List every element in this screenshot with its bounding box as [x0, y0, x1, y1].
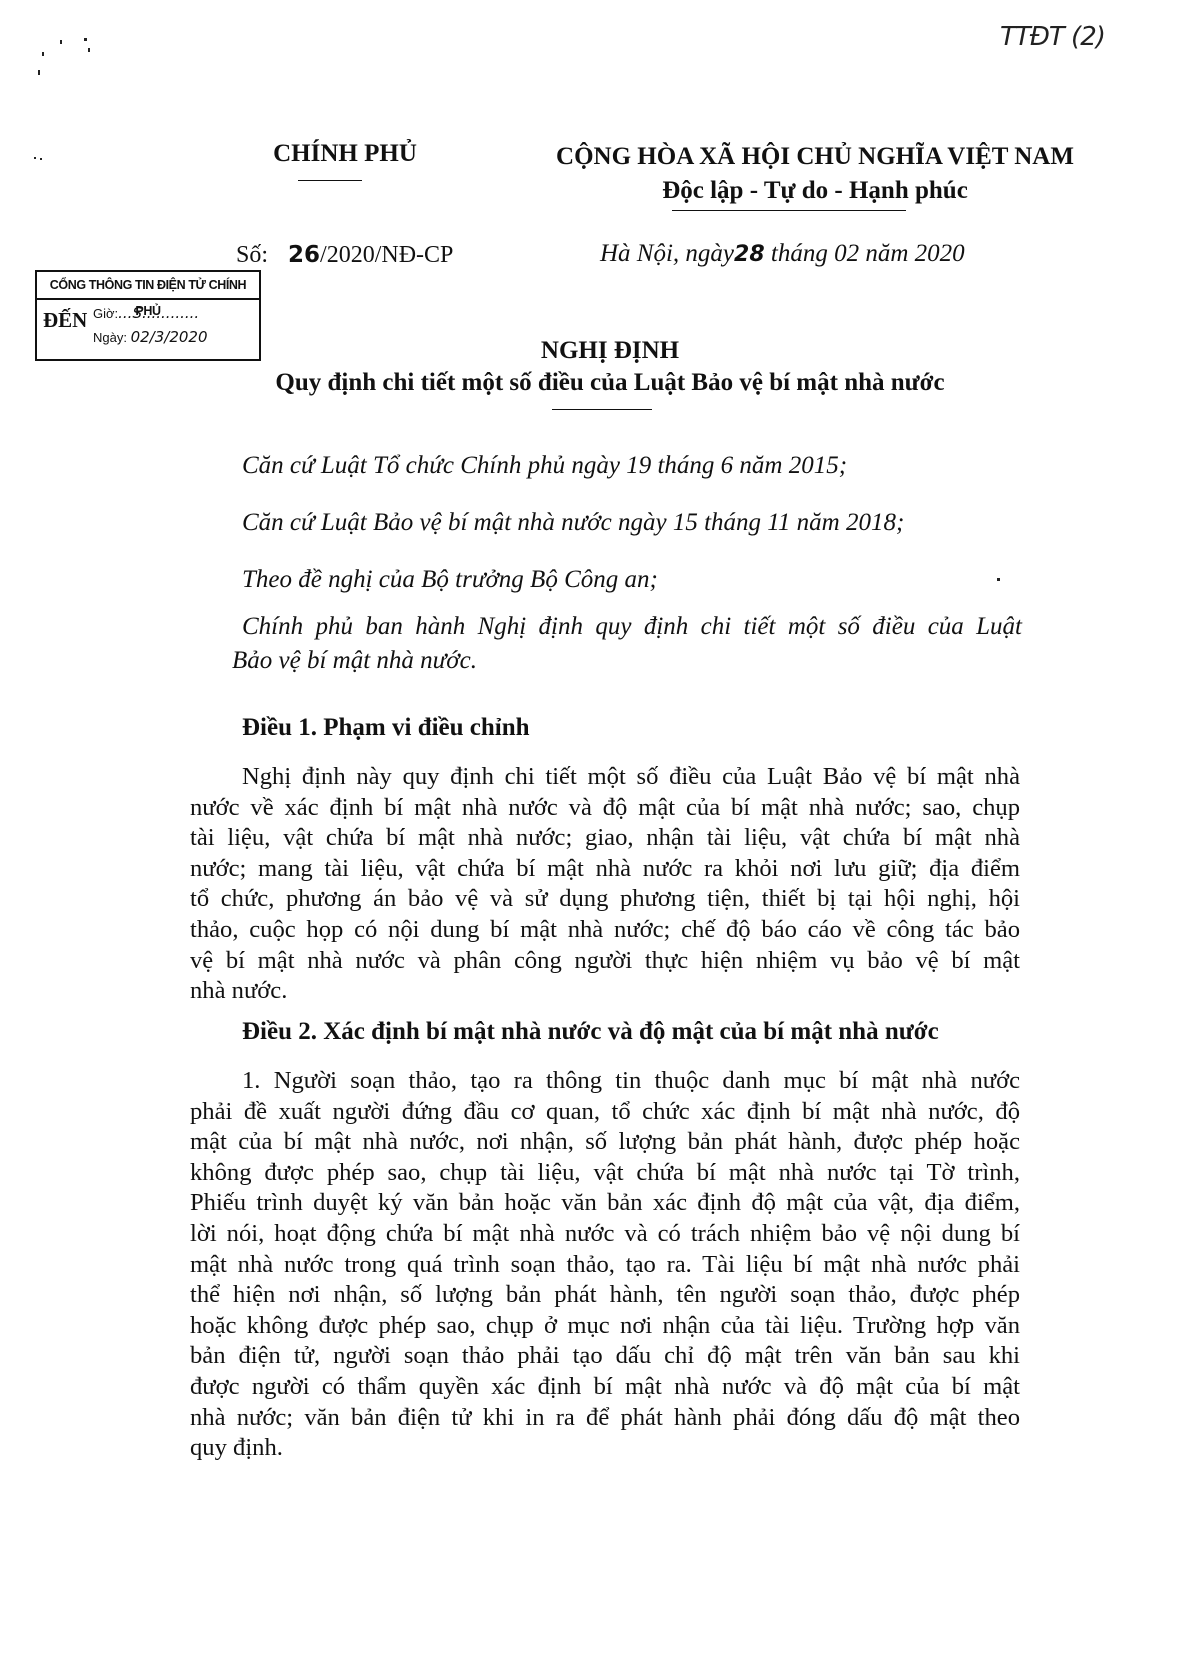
stamp-ngay-value: 02/3/2020	[131, 328, 208, 346]
number-value: 26	[288, 242, 320, 268]
article-2-line: mật nhà nước trong quá trình soạn thảo, …	[190, 1250, 1020, 1281]
issuer-name: CHÍNH PHỦ	[232, 140, 458, 168]
article-2-line: Phiếu trình duyệt ký văn bản hoặc văn bả…	[190, 1188, 1020, 1219]
enactment-clause: Chính phủ ban hành Nghị định quy định ch…	[242, 610, 1022, 678]
article-2-line: không được phép sao, chụp tài liệu, vật …	[190, 1158, 1020, 1189]
national-motto: Độc lập - Tự do - Hạnh phúc	[520, 174, 1110, 208]
preamble-3: Theo đề nghị của Bộ trưởng Bộ Công an;	[242, 566, 658, 594]
article-1-line: nhà nước.	[190, 976, 1020, 1007]
article-1-line: vệ bí mật nhà nước và phân công người th…	[190, 946, 1020, 977]
national-heading: CỘNG HÒA XÃ HỘI CHỦ NGHĨA VIỆT NAM Độc l…	[520, 140, 1110, 208]
scan-speck	[997, 578, 1000, 581]
stamp-ngay: Ngày: 02/3/2020	[93, 328, 208, 346]
article-2-line: hoặc không được phép sao, chụp ở mục nơi…	[190, 1311, 1020, 1342]
title-underline	[552, 409, 652, 410]
document-number: Số: 26/2020/NĐ-CP	[236, 242, 453, 269]
article-2-line: quy định.	[190, 1433, 1020, 1464]
article-2-line: nhà nước; văn bản điện tử khi in ra để p…	[190, 1403, 1020, 1434]
stamp-title: CỔNG THÔNG TIN ĐIỆN TỬ CHÍNH PHỦ	[37, 272, 259, 300]
article-2-line: mật của bí mật nhà nước, nơi nhận, số lư…	[190, 1127, 1020, 1158]
article-2-line: được người có thẩm quyền xác định bí mật…	[190, 1372, 1020, 1403]
article-2-line: lời nói, hoạt động chứa bí mật nhà nước …	[190, 1219, 1020, 1250]
handwritten-note: TTĐT (2)	[1000, 22, 1105, 52]
motto-underline	[672, 210, 906, 211]
stamp-gio: Giờ:...S............	[93, 304, 199, 322]
country-name: CỘNG HÒA XÃ HỘI CHỦ NGHĨA VIỆT NAM	[520, 140, 1110, 174]
scan-speck	[84, 38, 87, 41]
scan-speck	[34, 157, 36, 159]
scan-speck	[40, 158, 42, 160]
scan-speck	[88, 48, 90, 52]
number-label: Số:	[236, 242, 268, 268]
article-1-heading: Điều 1. Phạm vi điều chỉnh	[242, 714, 530, 742]
article-1-line: thảo, cuộc họp có nội dung bí mật nhà nư…	[190, 915, 1020, 946]
article-1-line: Nghị định này quy định chi tiết một số đ…	[190, 762, 1020, 793]
number-suffix: /2020/NĐ-CP	[320, 242, 453, 268]
issue-date: Hà Nội, ngày28 tháng 02 năm 2020	[600, 240, 965, 268]
enactment-line: Chính phủ ban hành Nghị định quy định ch…	[242, 610, 1022, 644]
document-subject: Quy định chi tiết một số điều của Luật B…	[250, 366, 970, 400]
scan-speck	[60, 40, 62, 44]
article-1-line: tài liệu, vật chứa bí mật nhà nước; giao…	[190, 823, 1020, 854]
stamp-den: ĐẾN	[43, 308, 87, 333]
scan-speck	[38, 70, 40, 75]
preamble-1: Căn cứ Luật Tổ chức Chính phủ ngày 19 th…	[242, 452, 847, 480]
article-1-body: Nghị định này quy định chi tiết một số đ…	[190, 762, 1020, 1007]
article-1-line: tổ chức, phương án bảo vệ và sử dụng phư…	[190, 884, 1020, 915]
stamp-ngay-label: Ngày:	[93, 330, 127, 345]
article-1-line: nước; mang tài liệu, vật chứa bí mật nhà…	[190, 854, 1020, 885]
received-stamp: CỔNG THÔNG TIN ĐIỆN TỬ CHÍNH PHỦ ĐẾN Giờ…	[35, 270, 261, 361]
article-2-heading: Điều 2. Xác định bí mật nhà nước và độ m…	[242, 1018, 939, 1046]
date-day: 28	[734, 242, 765, 267]
stamp-gio-label: Giờ:	[93, 306, 118, 321]
document-type: NGHỊ ĐỊNH	[250, 336, 970, 366]
article-2-line: phải đề xuất người đứng đầu cơ quan, tổ …	[190, 1097, 1020, 1128]
document-title: NGHỊ ĐỊNH Quy định chi tiết một số điều …	[250, 336, 970, 400]
date-prefix: Hà Nội, ngày	[600, 240, 734, 267]
article-2-body: 1. Người soạn thảo, tạo ra thông tin thu…	[190, 1066, 1020, 1464]
scan-speck	[42, 52, 44, 56]
preamble-2: Căn cứ Luật Bảo vệ bí mật nhà nước ngày …	[242, 509, 904, 537]
enactment-line: Bảo vệ bí mật nhà nước.	[232, 644, 1022, 678]
issuer-underline	[298, 180, 362, 181]
article-2-line: thể hiện nơi nhận, số lượng bản phát hàn…	[190, 1280, 1020, 1311]
article-1-line: nước về xác định bí mật nhà nước và độ m…	[190, 793, 1020, 824]
article-2-line: bản điện tử, người soạn thảo phải tạo dấ…	[190, 1341, 1020, 1372]
article-2-line: 1. Người soạn thảo, tạo ra thông tin thu…	[190, 1066, 1020, 1097]
stamp-gio-value: ...S............	[118, 304, 199, 322]
date-suffix: tháng 02 năm 2020	[765, 240, 965, 267]
